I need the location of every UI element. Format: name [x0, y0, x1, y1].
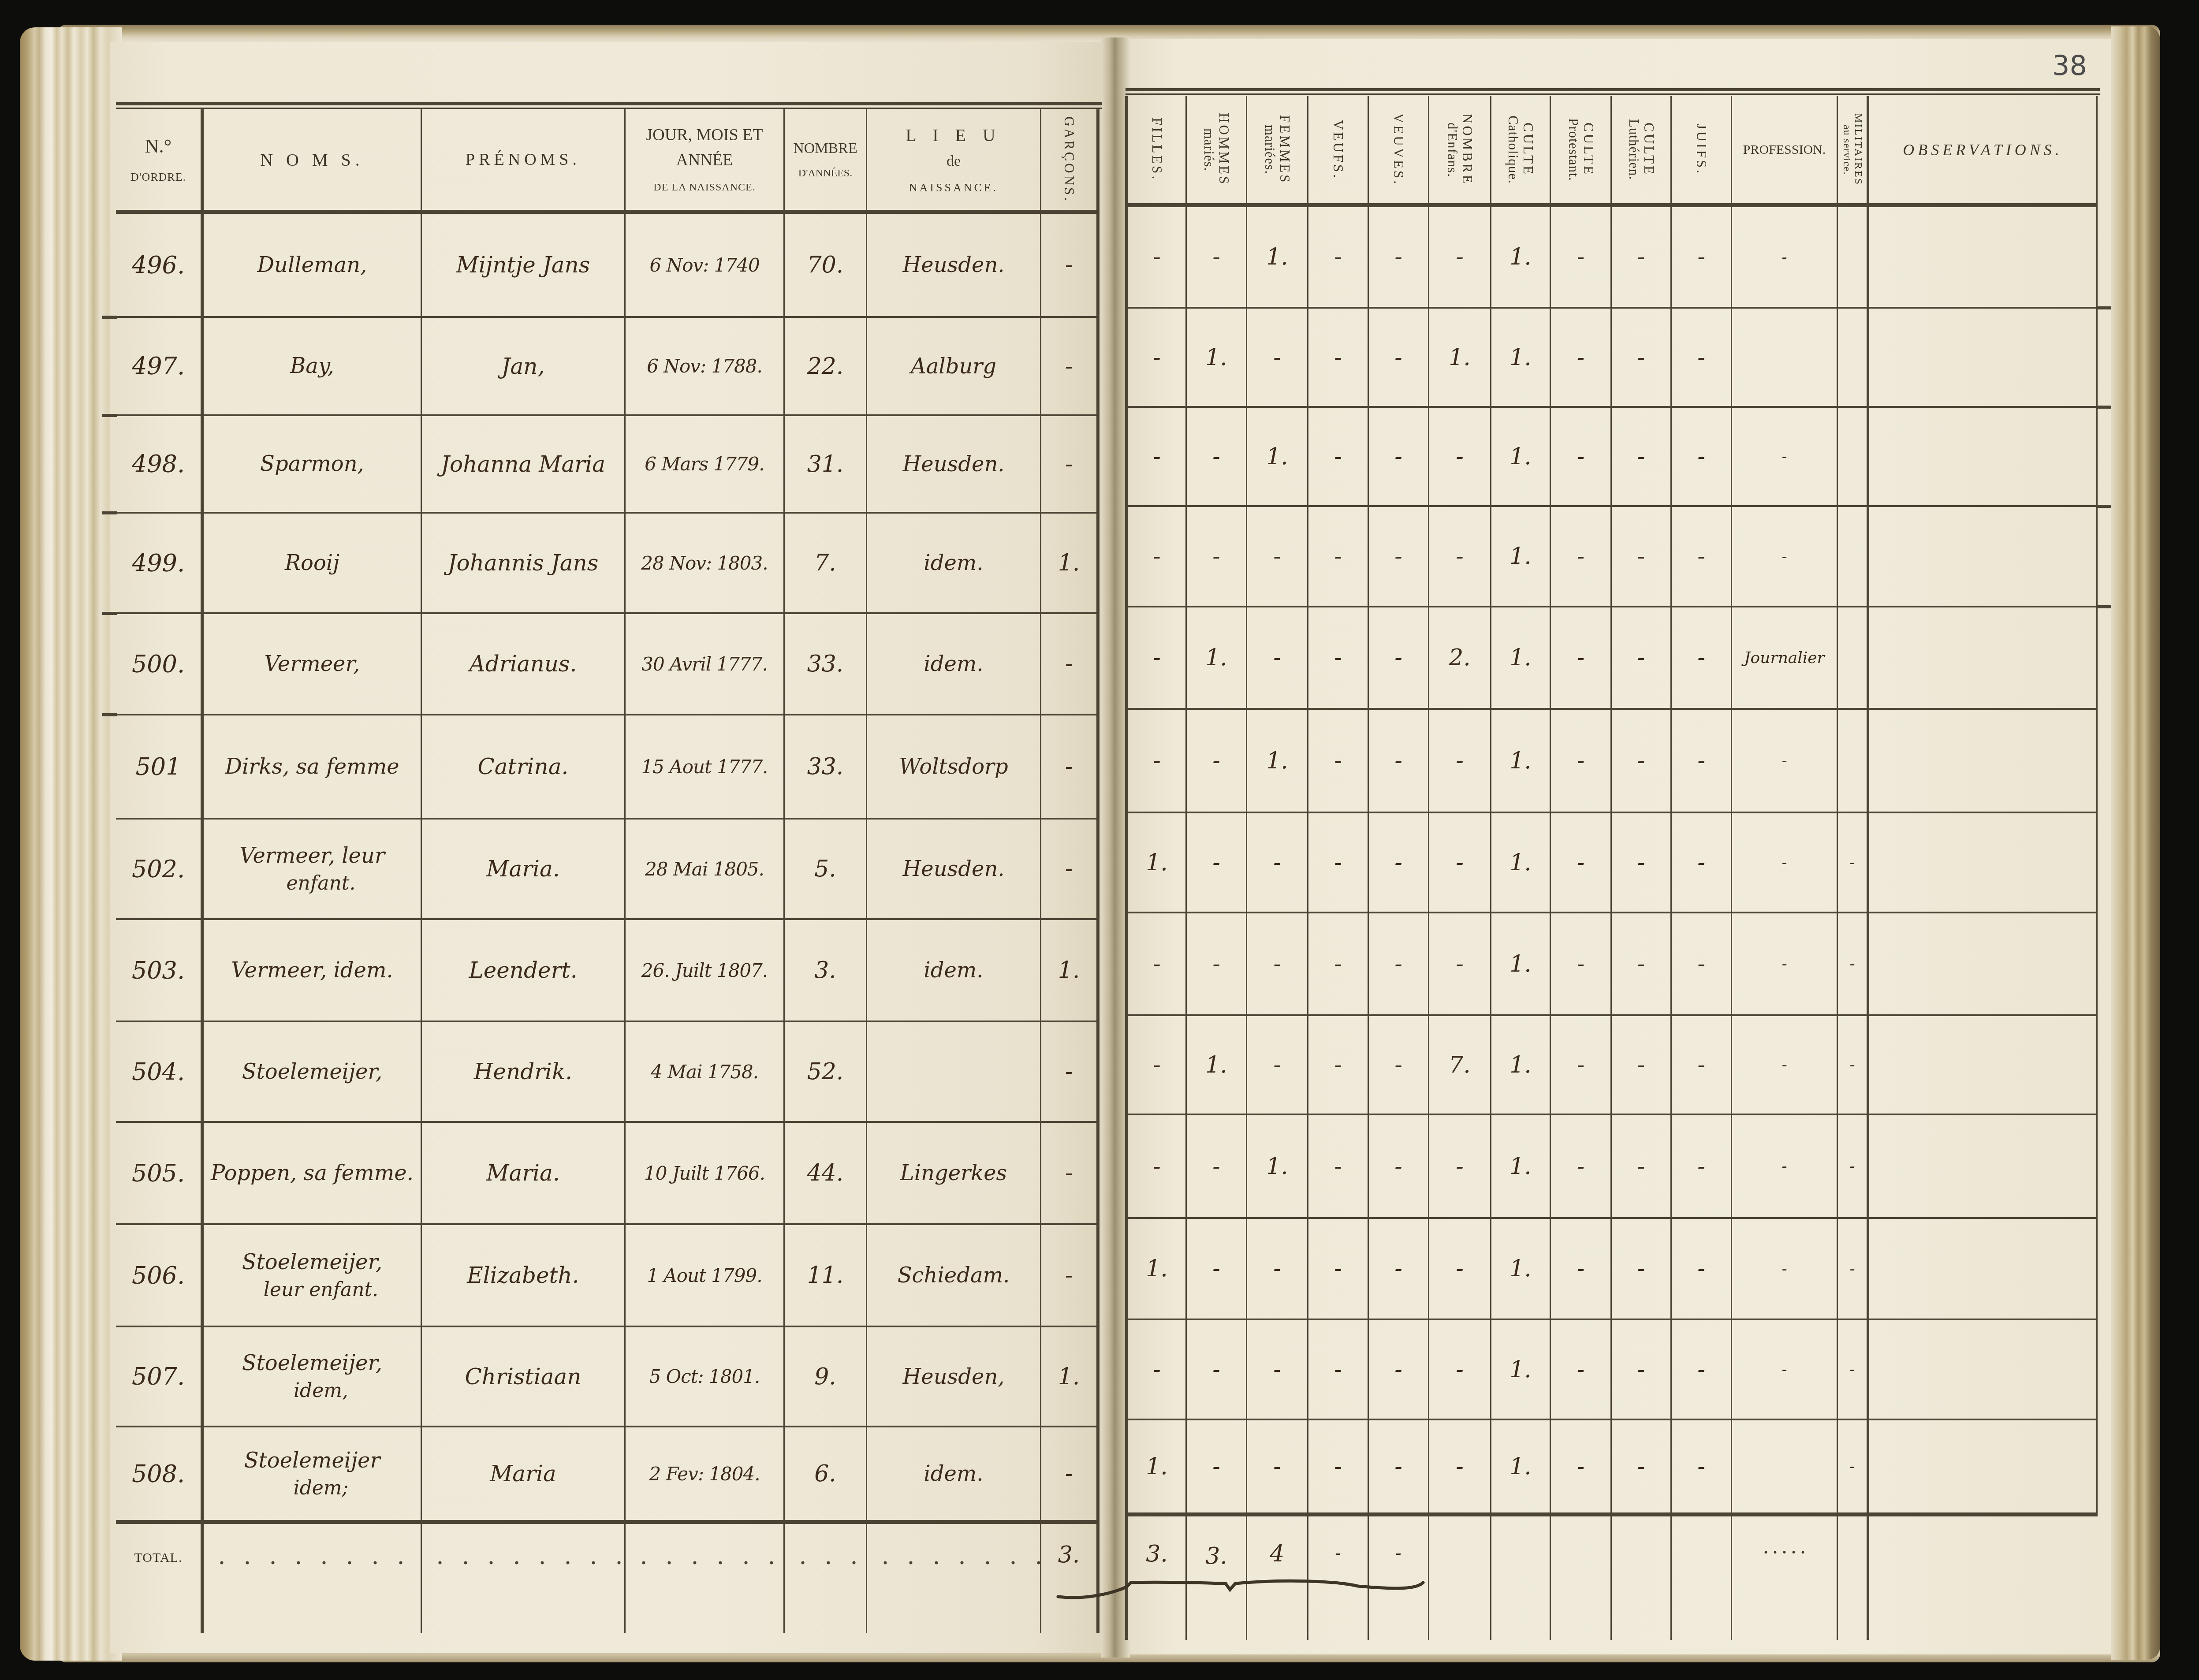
record-militaires: - — [1838, 813, 1869, 913]
record-catholique: 1. — [1491, 1115, 1551, 1219]
record-veuves: - — [1369, 1115, 1429, 1219]
record-garcons: - — [1041, 715, 1099, 820]
margin-tick — [102, 612, 117, 615]
record-juifs: - — [1672, 408, 1732, 507]
record-observations — [1869, 607, 2098, 710]
record-birthplace: Heusden, — [867, 1327, 1041, 1427]
record-number: 497. — [116, 318, 204, 416]
record-observations — [1869, 408, 2098, 507]
record-femmes-mariees: 1. — [1247, 207, 1308, 309]
record-filles: - — [1125, 710, 1187, 813]
record-hommes-maries: - — [1187, 207, 1247, 309]
record-nombre-enfants: - — [1429, 710, 1491, 813]
record-filles: - — [1125, 1115, 1187, 1219]
record-filles: 1. — [1125, 1219, 1187, 1320]
record-birthplace: idem. — [867, 920, 1041, 1022]
record-femmes-mariees: - — [1247, 607, 1308, 710]
record-veufs: - — [1308, 1420, 1369, 1516]
record-profession: - — [1732, 813, 1838, 913]
header-culte-protestant: CULTEProtestant. — [1551, 96, 1612, 207]
header-hommes-maries: HOMMESmariés. — [1187, 96, 1247, 207]
right-header-top-rule — [1126, 88, 2100, 91]
record-birthplace: Heusden. — [867, 820, 1041, 920]
record-veuves: - — [1369, 207, 1429, 309]
record-juifs: - — [1672, 1420, 1732, 1516]
header-culte-lutherien: CULTELuthérien. — [1612, 96, 1672, 207]
record-age: 44. — [785, 1123, 867, 1225]
record-nombre-enfants: - — [1429, 1420, 1491, 1516]
record-protestant: - — [1551, 913, 1612, 1016]
record-profession: - — [1732, 207, 1838, 309]
record-lutherien: - — [1612, 309, 1672, 408]
record-profession: - — [1732, 913, 1838, 1016]
record-militaires — [1838, 408, 1869, 507]
record-age: 52. — [785, 1022, 867, 1123]
record-age: 7. — [785, 514, 867, 614]
total-leader-dots — [626, 1524, 785, 1633]
record-veufs: - — [1308, 607, 1369, 710]
record-militaires — [1838, 710, 1869, 813]
record-surname: Vermeer, idem. — [204, 920, 422, 1022]
record-femmes-mariees: - — [1247, 1420, 1308, 1516]
record-hommes-maries: - — [1187, 913, 1247, 1016]
record-veuves: - — [1369, 813, 1429, 913]
record-birth-date: 6 Nov: 1740 — [626, 214, 785, 318]
record-garcons: - — [1041, 318, 1099, 416]
book-left-leaves — [20, 27, 122, 1661]
record-given-name: Leendert. — [422, 920, 626, 1022]
record-protestant: - — [1551, 507, 1612, 607]
record-birth-date: 30 Avril 1777. — [626, 614, 785, 715]
record-age: 11. — [785, 1225, 867, 1327]
record-birthplace: idem. — [867, 514, 1041, 614]
record-profession — [1732, 1420, 1838, 1516]
record-garcons: 1. — [1041, 514, 1099, 614]
record-birth-date: 4 Mai 1758. — [626, 1022, 785, 1123]
header-date-naissance: JOUR, MOIS ETANNÉEDE LA NAISSANCE. — [626, 109, 785, 214]
record-veuves: - — [1369, 607, 1429, 710]
record-birthplace — [867, 1022, 1041, 1123]
record-number: 496. — [116, 214, 204, 318]
record-profession: - — [1732, 1016, 1838, 1115]
record-militaires: - — [1838, 913, 1869, 1016]
header-veuves: VEUVES. — [1369, 96, 1429, 207]
record-birth-date: 1 Aout 1799. — [626, 1225, 785, 1327]
record-hommes-maries: - — [1187, 1115, 1247, 1219]
record-birth-date: 15 Aout 1777. — [626, 715, 785, 820]
record-protestant: - — [1551, 408, 1612, 507]
record-birth-date: 5 Oct: 1801. — [626, 1327, 785, 1427]
record-lutherien: - — [1612, 1219, 1672, 1320]
record-veufs: - — [1308, 507, 1369, 607]
total-leader-dots — [204, 1524, 422, 1633]
record-birth-date: 28 Mai 1805. — [626, 820, 785, 920]
header-lieu: L I E UdeNAISSANCE. — [867, 109, 1041, 214]
total-leader-dots — [867, 1524, 1041, 1633]
record-surname: Vermeer, — [204, 614, 422, 715]
record-juifs: - — [1672, 710, 1732, 813]
record-filles: - — [1125, 207, 1187, 309]
record-surname: Stoelemeijeridem; — [204, 1427, 422, 1524]
record-hommes-maries: - — [1187, 1420, 1247, 1516]
record-surname: Rooij — [204, 514, 422, 614]
record-birth-date: 10 Juilt 1766. — [626, 1123, 785, 1225]
record-nombre-enfants: - — [1429, 1219, 1491, 1320]
record-protestant: - — [1551, 813, 1612, 913]
record-militaires: - — [1838, 1016, 1869, 1115]
record-observations — [1869, 309, 2098, 408]
record-filles: - — [1125, 507, 1187, 607]
record-nombre-enfants: - — [1429, 1115, 1491, 1219]
record-birth-date: 6 Nov: 1788. — [626, 318, 785, 416]
margin-tick — [2096, 306, 2111, 309]
header-veufs: VEUFS. — [1308, 96, 1369, 207]
right-register-table: FILLES. HOMMESmariés. FEMMESmariées. VEU… — [1125, 96, 2098, 1640]
record-juifs: - — [1672, 309, 1732, 408]
record-protestant: - — [1551, 1420, 1612, 1516]
record-lutherien: - — [1612, 1320, 1672, 1420]
total-protestant — [1551, 1516, 1612, 1640]
record-age: 3. — [785, 920, 867, 1022]
right-header-top-rule-thin — [1126, 93, 2100, 95]
record-protestant: - — [1551, 710, 1612, 813]
record-militaires: - — [1838, 1420, 1869, 1516]
record-garcons: 1. — [1041, 920, 1099, 1022]
record-hommes-maries: - — [1187, 710, 1247, 813]
record-protestant: - — [1551, 1219, 1612, 1320]
record-veuves: - — [1369, 710, 1429, 813]
margin-tick — [102, 713, 117, 716]
record-lutherien: - — [1612, 913, 1672, 1016]
record-birthplace: Heusden. — [867, 214, 1041, 318]
header-culte-catholique: CULTECatholique. — [1491, 96, 1551, 207]
header-noms: N O M S. — [204, 109, 422, 214]
record-filles: - — [1125, 1016, 1187, 1115]
record-veufs: - — [1308, 913, 1369, 1016]
margin-tick — [2096, 605, 2111, 608]
record-veufs: - — [1308, 1320, 1369, 1420]
record-surname: Poppen, sa femme. — [204, 1123, 422, 1225]
record-profession: - — [1732, 710, 1838, 813]
record-age: 6. — [785, 1427, 867, 1524]
record-femmes-mariees: - — [1247, 1219, 1308, 1320]
record-veufs: - — [1308, 309, 1369, 408]
total-nombre-enfants — [1429, 1516, 1491, 1640]
total-catholique — [1491, 1516, 1551, 1640]
record-hommes-maries: - — [1187, 1320, 1247, 1420]
record-lutherien: - — [1612, 710, 1672, 813]
record-veuves: - — [1369, 913, 1429, 1016]
record-catholique: 1. — [1491, 1320, 1551, 1420]
record-catholique: 1. — [1491, 1016, 1551, 1115]
record-nombre-enfants: 7. — [1429, 1016, 1491, 1115]
total-lutherien — [1612, 1516, 1672, 1640]
record-protestant: - — [1551, 607, 1612, 710]
record-lutherien: - — [1612, 1115, 1672, 1219]
record-observations — [1869, 1016, 2098, 1115]
record-lutherien: - — [1612, 607, 1672, 710]
record-nombre-enfants: 2. — [1429, 607, 1491, 710]
record-hommes-maries: - — [1187, 1219, 1247, 1320]
record-nombre-enfants: - — [1429, 408, 1491, 507]
header-numero: N.°D'ORDRE. — [116, 109, 204, 214]
record-given-name: Christiaan — [422, 1327, 626, 1427]
record-catholique: 1. — [1491, 207, 1551, 309]
record-militaires: - — [1838, 1219, 1869, 1320]
record-birthplace: idem. — [867, 1427, 1041, 1524]
record-age: 31. — [785, 416, 867, 514]
record-garcons: - — [1041, 1225, 1099, 1327]
record-veuves: - — [1369, 507, 1429, 607]
header-femmes-mariees: FEMMESmariées. — [1247, 96, 1308, 207]
record-protestant: - — [1551, 309, 1612, 408]
record-observations — [1869, 207, 2098, 309]
record-militaires — [1838, 607, 1869, 710]
header-age: NOMBRED'ANNÉES. — [785, 109, 867, 214]
record-catholique: 1. — [1491, 507, 1551, 607]
record-surname: Sparmon, — [204, 416, 422, 514]
record-nombre-enfants: - — [1429, 813, 1491, 913]
record-number: 506. — [116, 1225, 204, 1327]
record-profession: - — [1732, 1320, 1838, 1420]
record-birth-date: 28 Nov: 1803. — [626, 514, 785, 614]
header-observations: OBSERVATIONS. — [1869, 96, 2098, 207]
record-veuves: - — [1369, 1420, 1429, 1516]
record-nombre-enfants: - — [1429, 913, 1491, 1016]
total-label: TOTAL. — [116, 1524, 204, 1633]
record-profession — [1732, 309, 1838, 408]
record-femmes-mariees: - — [1247, 1320, 1308, 1420]
record-hommes-maries: - — [1187, 813, 1247, 913]
record-juifs: - — [1672, 1219, 1732, 1320]
record-militaires: - — [1838, 1115, 1869, 1219]
record-observations — [1869, 1320, 2098, 1420]
record-observations — [1869, 813, 2098, 913]
record-given-name: Maria. — [422, 820, 626, 920]
record-nombre-enfants: 1. — [1429, 309, 1491, 408]
record-nombre-enfants: - — [1429, 507, 1491, 607]
record-garcons: - — [1041, 614, 1099, 715]
record-garcons: - — [1041, 1022, 1099, 1123]
total-juifs — [1672, 1516, 1732, 1640]
record-birth-date: 26. Juilt 1807. — [626, 920, 785, 1022]
record-femmes-mariees: - — [1247, 309, 1308, 408]
left-header-top-rule-thin — [116, 108, 1102, 109]
record-lutherien: - — [1612, 507, 1672, 607]
record-veuves: - — [1369, 1219, 1429, 1320]
record-militaires — [1838, 207, 1869, 309]
record-femmes-mariees: 1. — [1247, 408, 1308, 507]
record-given-name: Elizabeth. — [422, 1225, 626, 1327]
record-nombre-enfants: - — [1429, 1320, 1491, 1420]
record-given-name: Jan, — [422, 318, 626, 416]
record-filles: - — [1125, 1320, 1187, 1420]
record-observations — [1869, 710, 2098, 813]
header-militaires: MILITAIRESau service. — [1838, 96, 1869, 207]
record-hommes-maries: 1. — [1187, 1016, 1247, 1115]
total-leader-dots — [785, 1524, 867, 1633]
record-protestant: - — [1551, 1115, 1612, 1219]
record-birthplace: idem. — [867, 614, 1041, 715]
record-birthplace: Schiedam. — [867, 1225, 1041, 1327]
record-veufs: - — [1308, 1016, 1369, 1115]
record-hommes-maries: 1. — [1187, 607, 1247, 710]
record-given-name: Johannis Jans — [422, 514, 626, 614]
record-protestant: - — [1551, 207, 1612, 309]
record-profession: - — [1732, 1115, 1838, 1219]
record-garcons: - — [1041, 820, 1099, 920]
record-juifs: - — [1672, 507, 1732, 607]
left-register-table: N.°D'ORDRE. N O M S. PRÉNOMS. JOUR, MOIS… — [116, 109, 1099, 1633]
left-header-top-rule — [116, 102, 1102, 105]
record-surname: Stoelemeijer,idem, — [204, 1327, 422, 1427]
record-veufs: - — [1308, 1219, 1369, 1320]
record-number: 500. — [116, 614, 204, 715]
record-given-name: Maria — [422, 1427, 626, 1524]
record-lutherien: - — [1612, 1420, 1672, 1516]
record-number: 498. — [116, 416, 204, 514]
record-filles: - — [1125, 408, 1187, 507]
header-filles: FILLES. — [1125, 96, 1187, 207]
record-observations — [1869, 1420, 2098, 1516]
record-age: 22. — [785, 318, 867, 416]
record-garcons: - — [1041, 1123, 1099, 1225]
record-given-name: Maria. — [422, 1123, 626, 1225]
record-femmes-mariees: - — [1247, 813, 1308, 913]
record-hommes-maries: - — [1187, 507, 1247, 607]
record-garcons: - — [1041, 214, 1099, 318]
header-juifs: JUIFS. — [1672, 96, 1732, 207]
margin-tick — [102, 316, 117, 319]
record-veufs: - — [1308, 710, 1369, 813]
record-number: 501 — [116, 715, 204, 820]
record-nombre-enfants: - — [1429, 207, 1491, 309]
record-surname: Dirks, sa femme — [204, 715, 422, 820]
header-prenoms: PRÉNOMS. — [422, 109, 626, 214]
record-femmes-mariees: - — [1247, 1016, 1308, 1115]
record-surname: Stoelemeijer, — [204, 1022, 422, 1123]
record-given-name: Catrina. — [422, 715, 626, 820]
record-number: 503. — [116, 920, 204, 1022]
record-observations — [1869, 913, 2098, 1016]
record-hommes-maries: 1. — [1187, 309, 1247, 408]
record-garcons: - — [1041, 416, 1099, 514]
record-given-name: Johanna Maria — [422, 416, 626, 514]
record-militaires — [1838, 507, 1869, 607]
record-birthplace: Lingerkes — [867, 1123, 1041, 1225]
record-number: 504. — [116, 1022, 204, 1123]
record-lutherien: - — [1612, 813, 1672, 913]
record-profession: - — [1732, 1219, 1838, 1320]
record-filles: - — [1125, 607, 1187, 710]
record-number: 508. — [116, 1427, 204, 1524]
record-birth-date: 2 Fev: 1804. — [626, 1427, 785, 1524]
record-catholique: 1. — [1491, 813, 1551, 913]
record-garcons: - — [1041, 1427, 1099, 1524]
record-juifs: - — [1672, 913, 1732, 1016]
record-birthplace: Heusden. — [867, 416, 1041, 514]
record-veuves: - — [1369, 309, 1429, 408]
record-filles: - — [1125, 913, 1187, 1016]
record-filles: - — [1125, 309, 1187, 408]
record-catholique: 1. — [1491, 913, 1551, 1016]
total-profession-dots: · · · · · — [1732, 1516, 1838, 1640]
record-protestant: - — [1551, 1016, 1612, 1115]
record-femmes-mariees: - — [1247, 913, 1308, 1016]
record-number: 505. — [116, 1123, 204, 1225]
record-veuves: - — [1369, 1016, 1429, 1115]
page-number: 38 — [2052, 49, 2087, 82]
record-age: 5. — [785, 820, 867, 920]
record-veufs: - — [1308, 207, 1369, 309]
record-veufs: - — [1308, 1115, 1369, 1219]
record-juifs: - — [1672, 1016, 1732, 1115]
record-filles: 1. — [1125, 813, 1187, 913]
book-right-leaves — [2111, 26, 2160, 1660]
record-juifs: - — [1672, 813, 1732, 913]
record-lutherien: - — [1612, 1016, 1672, 1115]
record-militaires: - — [1838, 1320, 1869, 1420]
record-juifs: - — [1672, 607, 1732, 710]
total-militaires — [1838, 1516, 1869, 1640]
record-veufs: - — [1308, 408, 1369, 507]
record-lutherien: - — [1612, 408, 1672, 507]
record-profession: - — [1732, 408, 1838, 507]
record-birthplace: Aalburg — [867, 318, 1041, 416]
record-number: 499. — [116, 514, 204, 614]
record-juifs: - — [1672, 1320, 1732, 1420]
total-leader-dots — [422, 1524, 626, 1633]
record-observations — [1869, 1219, 2098, 1320]
record-veufs: - — [1308, 813, 1369, 913]
record-birth-date: 6 Mars 1779. — [626, 416, 785, 514]
header-nombre-enfants: NOMBREd'Enfans. — [1429, 96, 1491, 207]
record-lutherien: - — [1612, 207, 1672, 309]
record-number: 507. — [116, 1327, 204, 1427]
header-profession: PROFESSION. — [1732, 96, 1838, 207]
record-militaires — [1838, 309, 1869, 408]
record-femmes-mariees: 1. — [1247, 710, 1308, 813]
record-surname: Bay, — [204, 318, 422, 416]
record-profession: - — [1732, 507, 1838, 607]
record-observations — [1869, 507, 2098, 607]
record-protestant: - — [1551, 1320, 1612, 1420]
record-juifs: - — [1672, 1115, 1732, 1219]
margin-tick — [2096, 505, 2111, 508]
record-age: 70. — [785, 214, 867, 318]
record-profession: Journalier — [1732, 607, 1838, 710]
record-catholique: 1. — [1491, 607, 1551, 710]
record-filles: 1. — [1125, 1420, 1187, 1516]
record-given-name: Adrianus. — [422, 614, 626, 715]
record-birthplace: Woltsdorp — [867, 715, 1041, 820]
record-femmes-mariees: - — [1247, 507, 1308, 607]
record-observations — [1869, 1115, 2098, 1219]
record-surname: Dulleman, — [204, 214, 422, 318]
record-veuves: - — [1369, 1320, 1429, 1420]
record-surname: Stoelemeijer,leur enfant. — [204, 1225, 422, 1327]
record-garcons: 1. — [1041, 1327, 1099, 1427]
record-age: 33. — [785, 715, 867, 820]
record-catholique: 1. — [1491, 408, 1551, 507]
header-garcons: GARÇONS. — [1041, 109, 1099, 214]
record-catholique: 1. — [1491, 1219, 1551, 1320]
total-observations — [1869, 1516, 2098, 1640]
record-hommes-maries: - — [1187, 408, 1247, 507]
margin-tick — [102, 414, 117, 417]
record-juifs: - — [1672, 207, 1732, 309]
record-given-name: Mijntje Jans — [422, 214, 626, 318]
